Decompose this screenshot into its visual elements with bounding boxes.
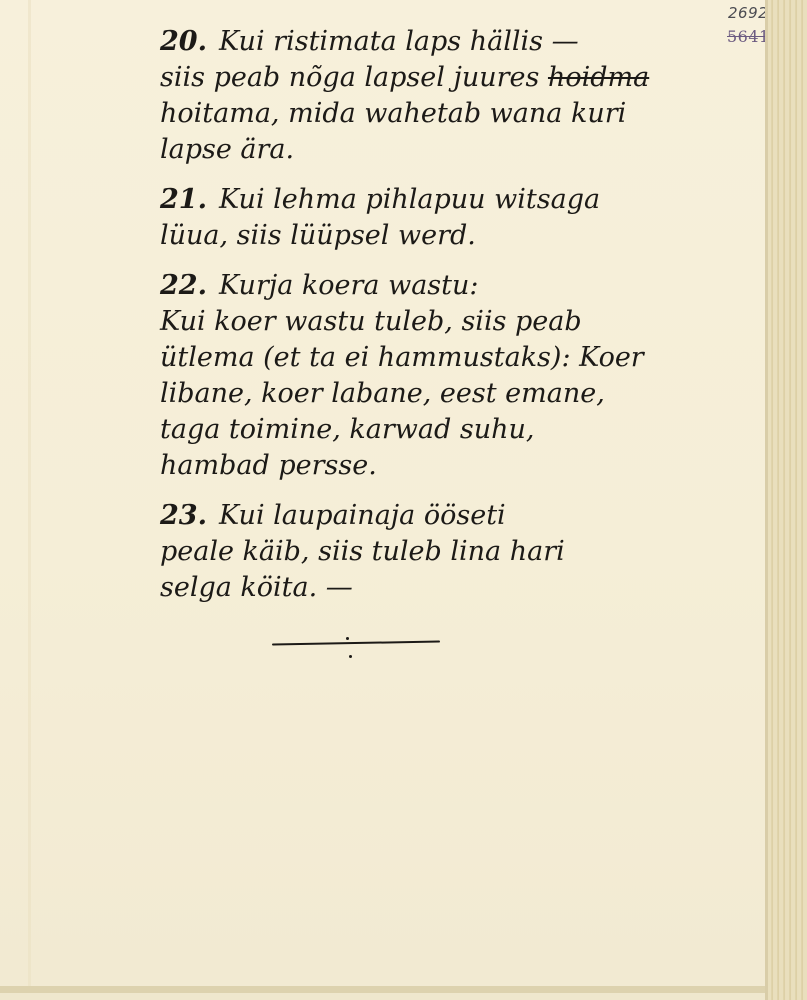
entry-line: 20.Kui ristimata laps hällis — [160, 24, 760, 60]
entry-line: 21.Kui lehma pihlapuu witsaga [160, 182, 760, 218]
handwritten-text: 20.Kui ristimata laps hällis — siis peab… [160, 24, 760, 620]
page-stack-edge [768, 0, 807, 1000]
entry-line: hoitama, mida wahetab wana kuri [160, 96, 760, 132]
entry-number: 20. [160, 26, 207, 57]
entry-line: 22.Kurja koera wastu: [160, 268, 760, 304]
entry-20: 20.Kui ristimata laps hällis — siis peab… [160, 24, 760, 168]
entry-line: lüua, siis lüüpsel werd. [160, 218, 760, 254]
entry-line: taga toimine, karwad suhu, [160, 412, 760, 448]
entry-number: 22. [160, 270, 207, 301]
flourish-dot [349, 655, 352, 658]
entry-line: peale käib, siis tuleb lina hari [160, 534, 760, 570]
entry-21: 21.Kui lehma pihlapuu witsaga lüua, siis… [160, 182, 760, 254]
entry-line: hambad persse. [160, 448, 760, 484]
entry-23: 23.Kui laupainaja ööseti peale käib, sii… [160, 498, 760, 606]
archive-number: 2692 [728, 4, 768, 22]
page-fold-line [28, 0, 31, 993]
entry-line: 23.Kui laupainaja ööseti [160, 498, 760, 534]
entry-line: libane, koer labane, eest emane, [160, 376, 760, 412]
struck-word: hoidma [548, 62, 649, 93]
page-bottom-edge [0, 986, 768, 993]
flourish-dot [346, 637, 349, 640]
entry-22: 22.Kurja koera wastu: Kui koer wastu tul… [160, 268, 760, 484]
entry-number: 23. [160, 500, 207, 531]
entry-line: lapse ära. [160, 132, 760, 168]
entry-number: 21. [160, 184, 207, 215]
manuscript-page: 2692 5641 20.Kui ristimata laps hällis —… [0, 0, 768, 993]
closing-flourish-line [272, 641, 440, 646]
entry-line: siis peab nõga lapsel juures hoidma [160, 60, 760, 96]
entry-line: ütlema (et ta ei hammustaks): Koer [160, 340, 760, 376]
entry-line: selga köita. — [160, 570, 760, 606]
entry-line: Kui koer wastu tuleb, siis peab [160, 304, 760, 340]
